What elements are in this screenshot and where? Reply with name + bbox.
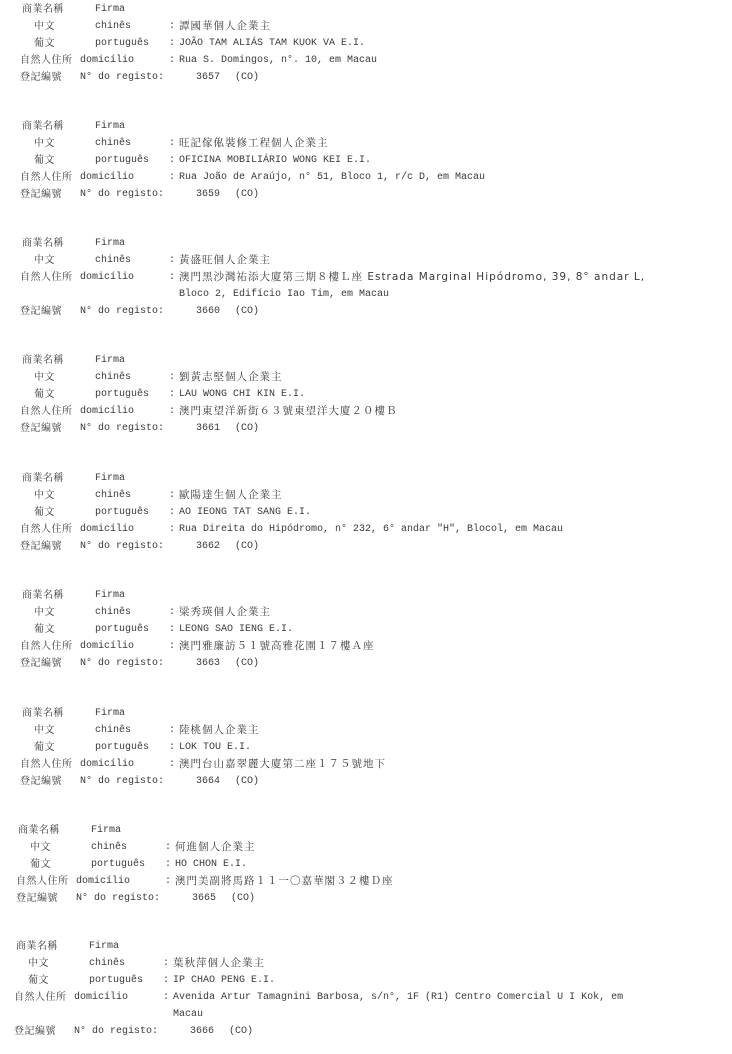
chinese-name-value: 劉黃志堅個人企業主 [179,369,283,386]
firm-label-pt: Firma [91,822,121,839]
domicile-value: 澳門美副將馬路１１一〇嘉華閣３２樓Ｄ座 [175,873,394,890]
colon: : [169,504,175,521]
domicile-label-pt: domicílio [76,873,130,890]
registry-suffix: (CO) [235,69,259,86]
registry-label-pt: N° do registo: [80,420,164,437]
portuguese-name-value: OFICINA MOBILIÁRIO WONG KEI E.I. [179,152,371,169]
colon: : [163,989,169,1006]
portuguese-label-pt: português [89,972,143,989]
registry-number-value: 3660 [196,303,220,320]
firm-label-pt: Firma [95,118,125,135]
domicile-label-zh: 自然人住所 [14,989,67,1006]
domicile-label-pt: domicílio [80,756,134,773]
colon: : [169,252,175,269]
domicile-label-pt: domicílio [80,638,134,655]
domicile-row: Macau [0,1006,732,1023]
colon: : [163,972,169,989]
chinese-label-pt: chinês [95,252,131,269]
chinese-name-value: 何進個人企業主 [175,839,256,856]
registry-number-value: 3662 [196,538,220,555]
domicile-row: 自然人住所domicílio:Rua Direita do Hipódromo,… [0,521,732,538]
domicile-label-pt: domicílio [80,521,134,538]
portuguese-name-row: 葡文português:LEONG SAO IENG E.I. [0,621,732,638]
firm-label-zh: 商業名稱 [22,587,64,604]
domicile-label-zh: 自然人住所 [20,638,73,655]
colon: : [169,18,175,35]
portuguese-name-value: LEONG SAO IENG E.I. [179,621,293,638]
domicile-label-zh: 自然人住所 [20,269,73,286]
colon: : [165,839,171,856]
colon: : [169,403,175,420]
chinese-label-pt: chinês [95,604,131,621]
colon: : [169,756,175,773]
domicile-value: Bloco 2, Edifício Iao Tim, em Macau [179,286,389,303]
registry-label-zh: 登記編號 [20,655,62,672]
portuguese-name-row: 葡文português:IP CHAO PENG E.I. [0,972,732,989]
portuguese-name-value: IP CHAO PENG E.I. [173,972,275,989]
domicile-value: 澳門黑沙灣祐添大廈第三期８樓Ｌ座 Estrada Marginal Hipódr… [179,269,645,286]
chinese-name-row: 中文chinês:黃盛旺個人企業主 [0,252,732,269]
firm-heading-row: 商業名稱Firma [0,1,732,18]
chinese-name-value: 梁秀瑛個人企業主 [179,604,271,621]
registry-label-zh: 登記編號 [16,890,58,907]
registry-number-row: 登記編號N° do registo:3657(CO) [0,69,732,86]
chinese-name-row: 中文chinês:梁秀瑛個人企業主 [0,604,732,621]
registry-number-row: 登記編號N° do registo:3662(CO) [0,538,732,555]
colon: : [169,621,175,638]
chinese-label-zh: 中文 [34,604,55,621]
colon: : [165,873,171,890]
registry-label-pt: N° do registo: [80,303,164,320]
firm-heading-row: 商業名稱Firma [0,705,732,722]
registry-suffix: (CO) [235,186,259,203]
portuguese-name-row: 葡文português:OFICINA MOBILIÁRIO WONG KEI … [0,152,732,169]
chinese-label-zh: 中文 [28,955,49,972]
domicile-value: Rua João de Araújo, n° 51, Bloco 1, r/c … [179,169,485,186]
registry-suffix: (CO) [235,773,259,790]
domicile-row: 自然人住所domicílio:澳門雅廉訪５１號高雅花園１７樓Ａ座 [0,638,732,655]
colon: : [169,521,175,538]
portuguese-label-zh: 葡文 [28,972,49,989]
portuguese-label-zh: 葡文 [34,621,55,638]
portuguese-name-value: LOK TOU E.I. [179,739,251,756]
chinese-label-zh: 中文 [30,839,51,856]
chinese-label-pt: chinês [95,135,131,152]
registry-label-zh: 登記編號 [20,773,62,790]
colon: : [169,369,175,386]
domicile-label-pt: domicílio [80,269,134,286]
portuguese-label-zh: 葡文 [30,856,51,873]
portuguese-name-row: 葡文português:LOK TOU E.I. [0,739,732,756]
chinese-label-pt: chinês [95,487,131,504]
portuguese-name-value: LAU WONG CHI KIN E.I. [179,386,305,403]
colon: : [165,856,171,873]
portuguese-name-value: JOÃO TAM ALIÁS TAM KUOK VA E.I. [179,35,365,52]
domicile-value: Macau [173,1006,203,1023]
registry-label-pt: N° do registo: [80,773,164,790]
colon: : [169,152,175,169]
chinese-name-row: 中文chinês:譚國華個人企業主 [0,18,732,35]
colon: : [169,739,175,756]
registry-suffix: (CO) [235,420,259,437]
domicile-label-zh: 自然人住所 [16,873,69,890]
domicile-row: 自然人住所domicílio:Rua João de Araújo, n° 51… [0,169,732,186]
chinese-label-zh: 中文 [34,135,55,152]
firm-label-pt: Firma [95,235,125,252]
registry-suffix: (CO) [235,303,259,320]
chinese-name-row: 中文chinês:歐陽達生個人企業主 [0,487,732,504]
registry-suffix: (CO) [231,890,255,907]
registry-number-row: 登記編號N° do registo:3663(CO) [0,655,732,672]
chinese-name-value: 陸桃個人企業主 [179,722,260,739]
portuguese-name-row: 葡文português:LAU WONG CHI KIN E.I. [0,386,732,403]
firm-label-zh: 商業名稱 [16,938,58,955]
firm-label-pt: Firma [95,705,125,722]
firm-label-zh: 商業名稱 [22,470,64,487]
portuguese-label-zh: 葡文 [34,386,55,403]
registry-suffix: (CO) [235,655,259,672]
domicile-label-zh: 自然人住所 [20,403,73,420]
registry-number-row: 登記編號N° do registo:3661(CO) [0,420,732,437]
domicile-value: 澳門東望洋新街６３號東望洋大廈２０樓Ｂ [179,403,398,420]
colon: : [169,386,175,403]
registry-label-zh: 登記編號 [20,69,62,86]
domicile-row: 自然人住所domicílio:澳門東望洋新街６３號東望洋大廈２０樓Ｂ [0,403,732,420]
firm-label-zh: 商業名稱 [22,705,64,722]
domicile-label-pt: domicílio [80,169,134,186]
domicile-row: 自然人住所domicílio:澳門美副將馬路１１一〇嘉華閣３２樓Ｄ座 [0,873,732,890]
colon: : [169,135,175,152]
chinese-name-row: 中文chinês:劉黃志堅個人企業主 [0,369,732,386]
registry-label-pt: N° do registo: [80,655,164,672]
portuguese-name-row: 葡文português:HO CHON E.I. [0,856,732,873]
portuguese-label-pt: português [95,739,149,756]
domicile-label-zh: 自然人住所 [20,52,73,69]
domicile-label-pt: domicílio [74,989,128,1006]
registry-number-row: 登記編號N° do registo:3666(CO) [0,1023,732,1040]
portuguese-label-zh: 葡文 [34,739,55,756]
chinese-name-row: 中文chinês:葉秋萍個人企業主 [0,955,732,972]
registry-label-zh: 登記編號 [20,420,62,437]
registry-label-pt: N° do registo: [80,186,164,203]
portuguese-label-pt: português [95,621,149,638]
colon: : [163,955,169,972]
chinese-label-zh: 中文 [34,722,55,739]
portuguese-name-value: HO CHON E.I. [175,856,247,873]
chinese-label-zh: 中文 [34,252,55,269]
firm-heading-row: 商業名稱Firma [0,470,732,487]
colon: : [169,269,175,286]
registry-number-value: 3665 [192,890,216,907]
domicile-row: 自然人住所domicílio:澳門黑沙灣祐添大廈第三期８樓Ｌ座 Estrada … [0,269,732,286]
firm-label-zh: 商業名稱 [22,1,64,18]
registry-number-row: 登記編號N° do registo:3660(CO) [0,303,732,320]
firm-label-pt: Firma [95,470,125,487]
portuguese-label-pt: português [95,504,149,521]
domicile-label-zh: 自然人住所 [20,756,73,773]
registry-number-value: 3657 [196,69,220,86]
domicile-row: 自然人住所domicílio:澳門台山嘉翠麗大廈第二座１７５號地下 [0,756,732,773]
domicile-value: Rua S. Domingos, n°. 10, em Macau [179,52,377,69]
registry-label-pt: N° do registo: [80,538,164,555]
portuguese-label-zh: 葡文 [34,35,55,52]
chinese-name-value: 葉秋萍個人企業主 [173,955,265,972]
chinese-label-pt: chinês [95,722,131,739]
portuguese-label-pt: português [95,386,149,403]
chinese-name-value: 黃盛旺個人企業主 [179,252,271,269]
portuguese-label-zh: 葡文 [34,504,55,521]
firm-heading-row: 商業名稱Firma [0,352,732,369]
domicile-row: 自然人住所domicílio:Rua S. Domingos, n°. 10, … [0,52,732,69]
domicile-value: 澳門台山嘉翠麗大廈第二座１７５號地下 [179,756,386,773]
firm-label-pt: Firma [89,938,119,955]
portuguese-name-row: 葡文português:AO IEONG TAT SANG E.I. [0,504,732,521]
registry-number-value: 3666 [190,1023,214,1040]
registry-number-value: 3659 [196,186,220,203]
colon: : [169,722,175,739]
colon: : [169,638,175,655]
registry-suffix: (CO) [229,1023,253,1040]
domicile-label-pt: domicílio [80,52,134,69]
firm-label-zh: 商業名稱 [22,118,64,135]
registry-label-zh: 登記編號 [14,1023,56,1040]
firm-label-pt: Firma [95,1,125,18]
registry-number-value: 3663 [196,655,220,672]
domicile-value: Avenida Artur Tamagnini Barbosa, s/n°, 1… [173,989,623,1006]
registry-suffix: (CO) [235,538,259,555]
chinese-name-value: 譚國華個人企業主 [179,18,271,35]
registry-number-row: 登記編號N° do registo:3665(CO) [0,890,732,907]
chinese-label-pt: chinês [95,369,131,386]
firm-heading-row: 商業名稱Firma [0,235,732,252]
registry-number-row: 登記編號N° do registo:3664(CO) [0,773,732,790]
chinese-label-pt: chinês [91,839,127,856]
portuguese-name-row: 葡文português:JOÃO TAM ALIÁS TAM KUOK VA E… [0,35,732,52]
registry-label-zh: 登記編號 [20,303,62,320]
firm-heading-row: 商業名稱Firma [0,938,732,955]
portuguese-label-pt: português [91,856,145,873]
firm-heading-row: 商業名稱Firma [0,118,732,135]
firm-label-zh: 商業名稱 [22,235,64,252]
registry-label-zh: 登記編號 [20,538,62,555]
chinese-label-pt: chinês [95,18,131,35]
firm-label-zh: 商業名稱 [18,822,60,839]
portuguese-label-pt: português [95,35,149,52]
chinese-name-value: 旺記傢俬裝修工程個人企業主 [179,135,329,152]
colon: : [169,35,175,52]
domicile-row: 自然人住所domicílio:Avenida Artur Tamagnini B… [0,989,732,1006]
firm-heading-row: 商業名稱Firma [0,822,732,839]
firm-label-zh: 商業名稱 [22,352,64,369]
registry-label-pt: N° do registo: [80,69,164,86]
firm-heading-row: 商業名稱Firma [0,587,732,604]
domicile-label-pt: domicílio [80,403,134,420]
colon: : [169,169,175,186]
firm-label-pt: Firma [95,352,125,369]
registry-number-row: 登記編號N° do registo:3659(CO) [0,186,732,203]
chinese-name-row: 中文chinês:陸桃個人企業主 [0,722,732,739]
registry-number-value: 3664 [196,773,220,790]
firm-label-pt: Firma [95,587,125,604]
colon: : [169,604,175,621]
chinese-name-row: 中文chinês:旺記傢俬裝修工程個人企業主 [0,135,732,152]
colon: : [169,52,175,69]
chinese-label-pt: chinês [89,955,125,972]
chinese-label-zh: 中文 [34,18,55,35]
colon: : [169,487,175,504]
portuguese-label-zh: 葡文 [34,152,55,169]
domicile-value: 澳門雅廉訪５１號高雅花園１７樓Ａ座 [179,638,375,655]
chinese-name-row: 中文chinês:何進個人企業主 [0,839,732,856]
registry-number-value: 3661 [196,420,220,437]
domicile-label-zh: 自然人住所 [20,521,73,538]
registry-label-pt: N° do registo: [74,1023,158,1040]
portuguese-name-value: AO IEONG TAT SANG E.I. [179,504,311,521]
chinese-name-value: 歐陽達生個人企業主 [179,487,283,504]
portuguese-label-pt: português [95,152,149,169]
domicile-value: Rua Direita do Hipódromo, n° 232, 6° and… [179,521,563,538]
chinese-label-zh: 中文 [34,369,55,386]
registry-label-zh: 登記編號 [20,186,62,203]
registry-label-pt: N° do registo: [76,890,160,907]
domicile-row: Bloco 2, Edifício Iao Tim, em Macau [0,286,732,303]
chinese-label-zh: 中文 [34,487,55,504]
domicile-label-zh: 自然人住所 [20,169,73,186]
